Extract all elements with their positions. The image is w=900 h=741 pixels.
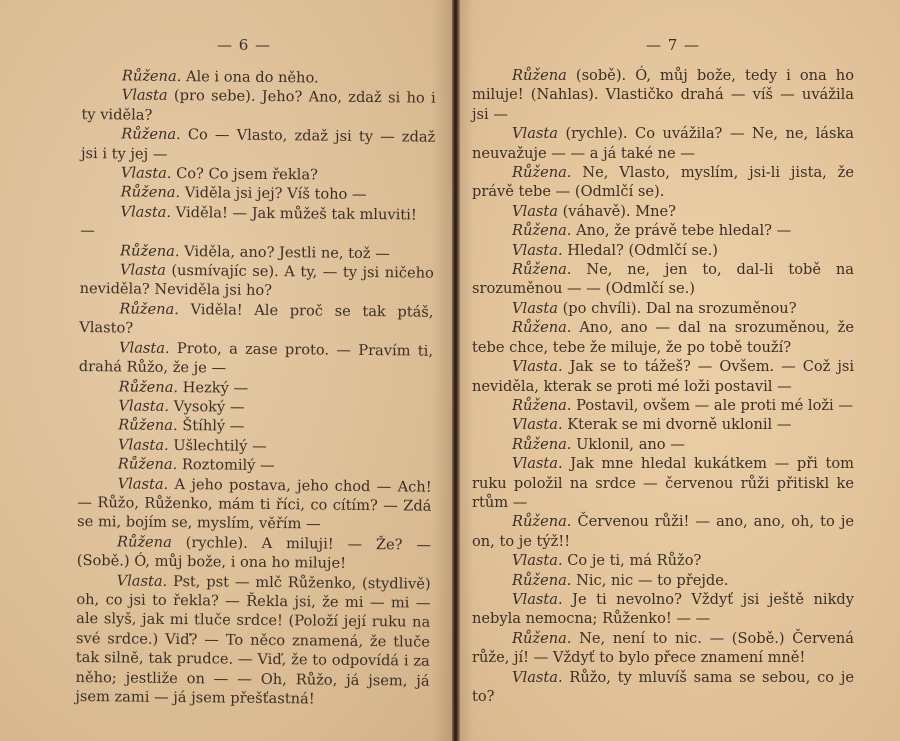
speaker-name: Růžena. bbox=[121, 184, 181, 202]
book-spread: — 6 — Růžena. Ale i ona do něho. Vlasta … bbox=[0, 0, 900, 741]
speaker-name: Růžena. bbox=[118, 417, 178, 435]
speaker-name: Růžena bbox=[117, 533, 172, 551]
dialogue-line: Vlasta. Viděla! — Jak můžeš tak mluviti!… bbox=[80, 202, 434, 245]
dialogue-line: Vlasta. Kterak se mi dvorně uklonil — bbox=[472, 415, 854, 434]
dialogue-line: Vlasta (váhavě). Mne? bbox=[472, 202, 854, 221]
line-text: Co? Co jsem řekla? bbox=[171, 165, 318, 184]
line-text: Ano, že právě tebe hledal? — bbox=[571, 222, 791, 239]
dialogue-line: Růžena. Ano, že právě tebe hledal? — bbox=[472, 221, 854, 240]
dialogue-line: Vlasta (rychle). Co uvážila? — Ne, ne, l… bbox=[472, 124, 854, 163]
dialogue-line: Růžena. Ne, Vlasto, myslím, jsi-li jista… bbox=[472, 163, 854, 202]
line-text: Štíhlý — bbox=[178, 417, 245, 435]
speaker-name: Růžena. bbox=[118, 456, 178, 474]
speaker-name: Růžena. bbox=[512, 397, 571, 414]
dialogue-line: Růžena. Postavil, ovšem — ale proti mé l… bbox=[472, 396, 854, 415]
line-text: Pst, pst — mlč Růženko, (stydlivě) oh, c… bbox=[75, 572, 430, 707]
line-text: Uklonil, ano — bbox=[571, 436, 684, 453]
dialogue-line: Vlasta (usmívajíc se). A ty, — ty jsi ni… bbox=[80, 260, 434, 303]
gutter-shadow bbox=[432, 0, 452, 741]
dialogue-line: Vlasta. Jak mne hledal kukátkem — při to… bbox=[472, 454, 854, 512]
page-text: Růžena (sobě). Ó, můj bože, tedy i ona h… bbox=[472, 66, 854, 706]
line-text: Ale i ona do něho. bbox=[181, 68, 318, 86]
line-text: Hledal? (Odmlčí se.) bbox=[563, 242, 718, 259]
speaker-name: Vlasta. bbox=[118, 397, 169, 415]
speaker-name: Vlasta. bbox=[512, 455, 563, 472]
speaker-name: Růžena. bbox=[120, 242, 180, 260]
speaker-name: Růžena. bbox=[512, 436, 571, 453]
speaker-name: Vlasta. bbox=[512, 591, 563, 608]
speaker-name: Růžena. bbox=[512, 319, 571, 336]
right-page: — 7 — Růžena (sobě). Ó, můj bože, tedy i… bbox=[452, 0, 900, 741]
line-text: (po chvíli). Dal na srozuměnou? bbox=[558, 300, 797, 317]
speaker-name: Vlasta. bbox=[118, 475, 169, 493]
dialogue-line: Vlasta. Co je ti, má Růžo? bbox=[472, 551, 854, 570]
speaker-name: Růžena. bbox=[512, 164, 571, 181]
speaker-name: Vlasta. bbox=[512, 416, 563, 433]
line-text: Postavil, ovšem — ale proti mé loži — bbox=[571, 397, 853, 414]
speaker-name: Růžena bbox=[512, 67, 567, 84]
speaker-name: Vlasta. bbox=[512, 242, 563, 259]
page-number: — 7 — bbox=[492, 36, 854, 54]
speaker-name: Růžena. bbox=[119, 378, 179, 396]
speaker-name: Růžena. bbox=[512, 630, 571, 647]
speaker-name: Růžena. bbox=[512, 572, 571, 589]
line-text: Co je ti, má Růžo? bbox=[563, 552, 702, 569]
speaker-name: Růžena. bbox=[119, 300, 179, 318]
dialogue-line: Růžena (sobě). Ó, můj bože, tedy i ona h… bbox=[472, 66, 854, 124]
dialogue-line: Vlasta. Je ti nevolno? Vždyť jsi ještě n… bbox=[472, 590, 854, 629]
dialogue-line: Růžena. Uklonil, ano — bbox=[472, 435, 854, 454]
speaker-name: Růžena. bbox=[512, 513, 571, 530]
dialogue-line: Růžena. Co — Vlasto, zdaž jsi ty — zdaž … bbox=[81, 124, 435, 167]
speaker-name: Vlasta bbox=[120, 261, 166, 278]
line-text: Hezký — bbox=[178, 379, 248, 397]
left-page: — 6 — Růžena. Ale i ona do něho. Vlasta … bbox=[0, 0, 452, 741]
line-text: Nic, nic — to přejde. bbox=[571, 572, 728, 589]
dialogue-line: Vlasta (po chvíli). Dal na srozuměnou? bbox=[472, 299, 854, 318]
dialogue-line: Vlasta (pro sebe). Jeho? Ano, zdaž si ho… bbox=[81, 85, 435, 128]
speaker-name: Vlasta. bbox=[120, 203, 171, 221]
dialogue-line: Vlasta. Růžo, ty mluvíš sama se sebou, c… bbox=[472, 668, 854, 707]
speaker-name: Vlasta bbox=[512, 203, 558, 220]
dialogue-line: Růžena. Ne, není to nic. — (Sobě.) Červe… bbox=[472, 629, 854, 668]
line-text: Kterak se mi dvorně uklonil — bbox=[563, 416, 792, 433]
line-text: Viděla jsi jej? Víš toho — bbox=[180, 184, 367, 203]
line-text: Roztomilý — bbox=[177, 456, 275, 474]
dialogue-line: Růžena. Ano, ano — dal na srozuměnou, že… bbox=[472, 318, 854, 357]
dialogue-line: Vlasta. A jeho postava, jeho chod — Ach!… bbox=[77, 474, 432, 536]
book-spine bbox=[452, 0, 460, 741]
line-text: Ušlechtilý — bbox=[169, 437, 267, 455]
speaker-name: Růžena. bbox=[121, 126, 181, 144]
page-text: Růžena. Ale i ona do něho. Vlasta (pro s… bbox=[75, 66, 436, 710]
speaker-name: Vlasta bbox=[512, 125, 558, 142]
line-text: Vysoký — bbox=[169, 398, 245, 416]
speaker-name: Růžena. bbox=[512, 222, 571, 239]
line-text: (váhavě). Mne? bbox=[558, 203, 676, 220]
line-text: Viděla, ano? Jestli ne, tož — bbox=[179, 243, 389, 262]
speaker-name: Vlasta. bbox=[119, 339, 170, 357]
speaker-name: Vlasta. bbox=[512, 358, 563, 375]
speaker-name: Vlasta. bbox=[512, 669, 563, 686]
speaker-name: Vlasta. bbox=[512, 552, 563, 569]
dialogue-line: Růžena. Nic, nic — to přejde. bbox=[472, 571, 854, 590]
dialogue-line: Vlasta. Jak se to tážeš? — Ovšem. — Což … bbox=[472, 357, 854, 396]
page-number: — 6 — bbox=[52, 36, 436, 54]
speaker-name: Růžena. bbox=[122, 67, 182, 85]
dialogue-line: Vlasta. Hledal? (Odmlčí se.) bbox=[472, 241, 854, 260]
dialogue-line: Růžena. Červenou růži! — ano, ano, oh, t… bbox=[472, 512, 854, 551]
dialogue-line: Růžena. Ne, ne, jen to, dal-li tobě na s… bbox=[472, 260, 854, 299]
speaker-name: Vlasta bbox=[512, 300, 558, 317]
speaker-name: Růžena. bbox=[512, 261, 571, 278]
dialogue-line: Růžena. Viděla! Ale proč se tak ptáš, Vl… bbox=[79, 299, 433, 342]
gutter-shadow bbox=[460, 0, 474, 741]
dialogue-line: Vlasta. Proto, a zase proto. — Pravím ti… bbox=[79, 338, 433, 381]
speaker-name: Vlasta bbox=[122, 87, 168, 104]
dialogue-line: Vlasta. Pst, pst — mlč Růženko, (stydliv… bbox=[75, 571, 430, 711]
speaker-name: Vlasta. bbox=[118, 436, 169, 454]
speaker-name: Vlasta. bbox=[117, 572, 168, 590]
dialogue-line: Růžena (rychle). A miluji! — Že? — (Sobě… bbox=[77, 532, 431, 575]
speaker-name: Vlasta. bbox=[121, 164, 172, 182]
